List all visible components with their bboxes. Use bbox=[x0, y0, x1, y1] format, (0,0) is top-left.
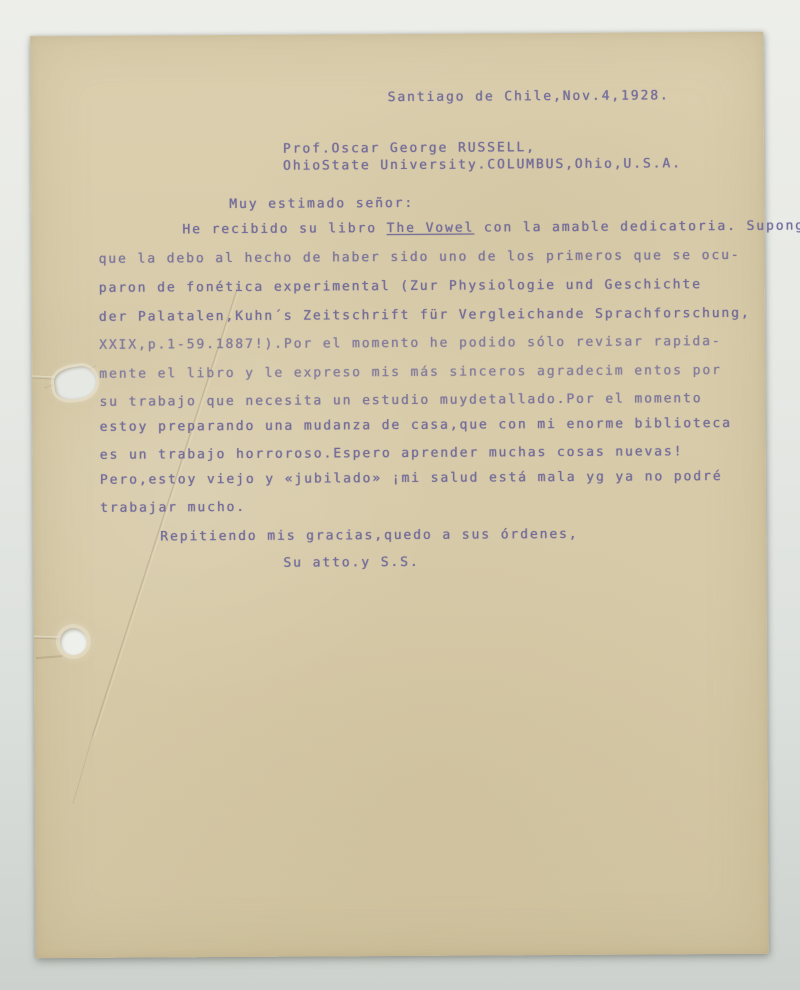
body-line-5: XXIX,p.1-59.1887!).Por el momento he pod… bbox=[99, 334, 722, 353]
closing-line: Repitiendo mis gracias,quedo a sus órden… bbox=[160, 527, 578, 545]
body-line-4: der Palatalen,Kuhn´s Zeitschrift für Ver… bbox=[99, 306, 751, 325]
body-line-11: trabajar mucho. bbox=[100, 500, 246, 516]
body-line-3: paron de fonética experimental (Zur Phys… bbox=[99, 277, 702, 296]
body-line-10: Pero,estoy viejo y «jubilado» ¡mi salud … bbox=[100, 469, 723, 488]
letter-text-layer: Santiago de Chile,Nov.4,1928.Prof.Oscar … bbox=[30, 32, 763, 36]
letter-paper: Santiago de Chile,Nov.4,1928.Prof.Oscar … bbox=[30, 32, 769, 958]
body-line-1: He recibido su libro The Vowel con la am… bbox=[182, 218, 800, 237]
body-line-2: que la debo al hecho de haber sido uno d… bbox=[99, 248, 741, 267]
signature-line: Su atto.y S.S. bbox=[283, 555, 419, 571]
punch-hole bbox=[60, 628, 87, 655]
edge-tear-lower-2 bbox=[36, 655, 62, 659]
scanned-letter-photo: { "colors":{ "backdrop":"#e7e9e5", "pape… bbox=[0, 0, 800, 990]
date-line: Santiago de Chile,Nov.4,1928. bbox=[388, 88, 670, 105]
body-line-6: mente el libro y le expreso mis más sinc… bbox=[99, 363, 722, 382]
body-line-9: es un trabajo horroroso.Espero aprender … bbox=[100, 444, 684, 463]
underlined-book-title: The Vowel bbox=[387, 221, 475, 237]
salutation-line: Muy estimado señor: bbox=[229, 196, 414, 212]
body-line-8: estoy preparando una mudanza de casa,que… bbox=[100, 416, 732, 435]
recipient-address-line: OhioState University.COLUMBUS,Ohio,U.S.A… bbox=[283, 156, 682, 173]
torn-hole bbox=[52, 364, 98, 401]
recipient-name-line: Prof.Oscar George RUSSELL, bbox=[283, 140, 536, 157]
body-line-7: su trabajo que necesita un estudio muyde… bbox=[99, 391, 702, 410]
